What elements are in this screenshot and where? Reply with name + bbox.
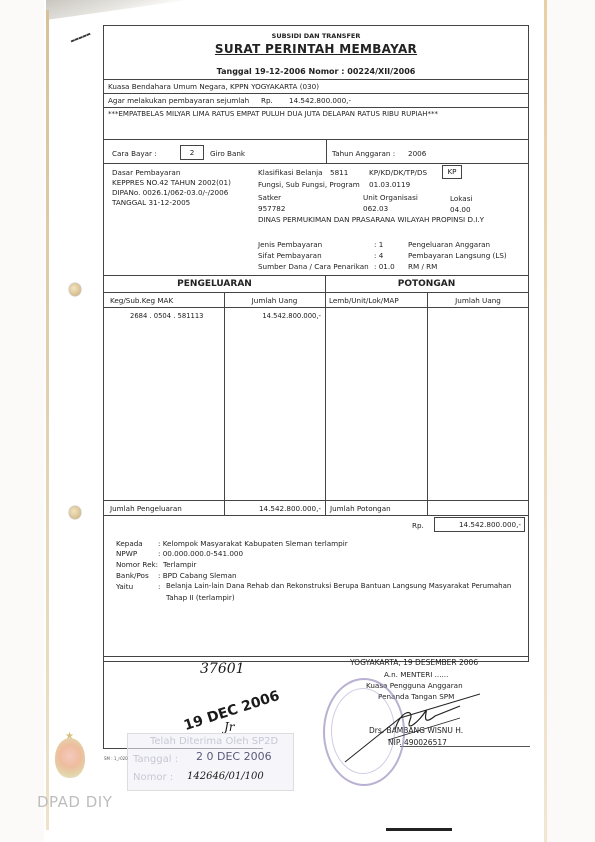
instansi: DINAS PERMUKIMAN DAN PRASARANA WILAYAH P… <box>258 215 484 224</box>
form-code: SM : 1_r020 <box>104 754 128 763</box>
bottom-scan-mark <box>386 828 452 831</box>
cara-bayar-value: Giro Bank <box>210 149 245 158</box>
paper-edge-right <box>544 0 547 842</box>
npwp-value: : 00.000.000.0-541.000 <box>158 549 243 558</box>
nomor-rek-label: Nomor Rek: <box>116 560 158 569</box>
spm-form: SUBSIDI DAN TRANSFER SURAT PERINTAH MEMB… <box>103 25 529 662</box>
stamp-nomor-value: 142646/01/100 <box>187 771 264 782</box>
potongan-header: POTONGAN <box>325 280 528 289</box>
net-currency: Rp. <box>412 521 424 530</box>
unit-label: Unit Organisasi <box>363 193 418 202</box>
stamp-nomor-label: Nomor : <box>133 772 173 783</box>
yaitu-colon: : <box>158 582 160 591</box>
yaitu-line-2: Tahap II (terlampir) <box>166 593 235 602</box>
punch-hole-top <box>69 283 81 296</box>
jumlah-pengeluaran-value: 14.542.800.000,- <box>224 504 321 513</box>
handwritten-number: 37601 <box>200 661 245 677</box>
kepada-value: : Kelompok Masyarakat Kabupaten Sleman t… <box>158 539 348 548</box>
col-lemb-unit: Lemb/Unit/Lok/MAP <box>329 296 399 305</box>
form-title: SURAT PERINTAH MEMBAYAR <box>104 45 528 54</box>
sumber-dana-code: : 01.0 <box>374 262 395 271</box>
payment-amount: 14.542.800.000,- <box>289 96 351 105</box>
kppn-office: Kuasa Bendahara Umum Negara, KPPN YOGYAK… <box>108 82 319 91</box>
jenis-pembayaran-label: Jenis Pembayaran <box>258 240 322 249</box>
sumber-dana-label: Sumber Dana / Cara Penarikan <box>258 262 369 271</box>
row-kode: 2684 . 0504 . 581113 <box>130 312 204 321</box>
signature-scribble <box>340 690 480 770</box>
nomor-rek-value: Terlampir <box>163 560 196 569</box>
yaitu-label: Yaitu <box>116 582 133 591</box>
jumlah-pengeluaran-label: Jumlah Pengeluaran <box>110 504 182 513</box>
satker-label: Satker <box>258 193 281 202</box>
lokasi-value: 04.00 <box>450 205 471 214</box>
npwp-label: NPWP <box>116 549 137 558</box>
unit-value: 062.03 <box>363 204 388 213</box>
payment-currency: Rp. <box>261 96 273 105</box>
dasar-line-3: TANGGAL 31-12-2005 <box>112 198 190 207</box>
sifat-pembayaran-code: : 4 <box>374 251 383 260</box>
net-amount: 14.542.800.000,- <box>434 520 521 529</box>
klasifikasi-label: Klasifikasi Belanja <box>258 168 323 177</box>
amount-in-words: ***EMPATBELAS MILYAR LIMA RATUS EMPAT PU… <box>108 110 438 119</box>
initials: Jr <box>224 720 235 734</box>
cara-bayar-label: Cara Bayar : <box>112 149 157 158</box>
cara-bayar-code: 2 <box>180 148 204 157</box>
dasar-pembayaran-label: Dasar Pembayaran <box>112 168 180 177</box>
stamp-tanggal-value: 2 0 DEC 2006 <box>196 750 272 763</box>
yaitu-line-1: Belanja Lain-lain Dana Rehab dan Rekonst… <box>166 582 511 591</box>
sign-an: A.n. MENTERI ...... <box>384 670 448 679</box>
form-category: SUBSIDI DAN TRANSFER <box>104 32 528 41</box>
sifat-pembayaran-value: Pembayaran Langsung (LS) <box>408 251 507 260</box>
tahun-anggaran-value: 2006 <box>408 149 426 158</box>
bank-label: Bank/Pos <box>116 571 149 580</box>
jumlah-potongan-label: Jumlah Potongan <box>330 504 391 513</box>
pengeluaran-header: PENGELUARAN <box>104 280 325 289</box>
row-jumlah: 14.542.800.000,- <box>224 312 321 321</box>
dpad-emblem-logo <box>55 738 85 778</box>
punch-hole-bottom <box>69 506 81 519</box>
kepada-label: Kepada <box>116 539 143 548</box>
stamp-line-1: Telah Diterima Oleh SP2D <box>150 736 278 747</box>
col-jumlah-uang-2: Jumlah Uang <box>428 296 528 305</box>
jenis-pembayaran-code: : 1 <box>374 240 383 249</box>
watermark: DPAD DIY <box>37 793 112 811</box>
sign-place-date: YOGYAKARTA, 19 DESEMBER 2006 <box>350 658 478 667</box>
paper-edge-left <box>46 10 49 830</box>
kp-value: KP <box>442 167 462 176</box>
fungsi-value: 01.03.0119 <box>369 180 410 189</box>
tahun-anggaran-label: Tahun Anggaran : <box>332 149 395 158</box>
jenis-pembayaran-value: Pengeluaran Anggaran <box>408 240 490 249</box>
form-date-number: Tanggal 19-12-2006 Nomor : 00224/XII/200… <box>104 67 528 76</box>
sumber-dana-value: RM / RM <box>408 262 437 271</box>
fungsi-label: Fungsi, Sub Fungsi, Program <box>258 180 360 189</box>
lokasi-label: Lokasi <box>450 194 472 203</box>
klasifikasi-value: 5811 <box>330 168 348 177</box>
payment-label: Agar melakukan pembayaran sejumlah <box>108 96 249 105</box>
dasar-line-2: DIPANo. 0026.1/062-03.0/-/2006 <box>112 188 228 197</box>
satker-value: 957782 <box>258 204 285 213</box>
col-keg-mak: Keg/Sub.Keg MAK <box>110 296 173 305</box>
kp-label: KP/KD/DK/TP/DS <box>369 168 427 177</box>
dasar-line-1: KEPPRES NO.42 TAHUN 2002(01) <box>112 178 231 187</box>
col-jumlah-uang-1: Jumlah Uang <box>224 296 325 305</box>
sifat-pembayaran-label: Sifat Pembayaran <box>258 251 322 260</box>
bank-value: : BPD Cabang Sleman <box>158 571 237 580</box>
stamp-tanggal-label: Tanggal : <box>133 754 178 765</box>
